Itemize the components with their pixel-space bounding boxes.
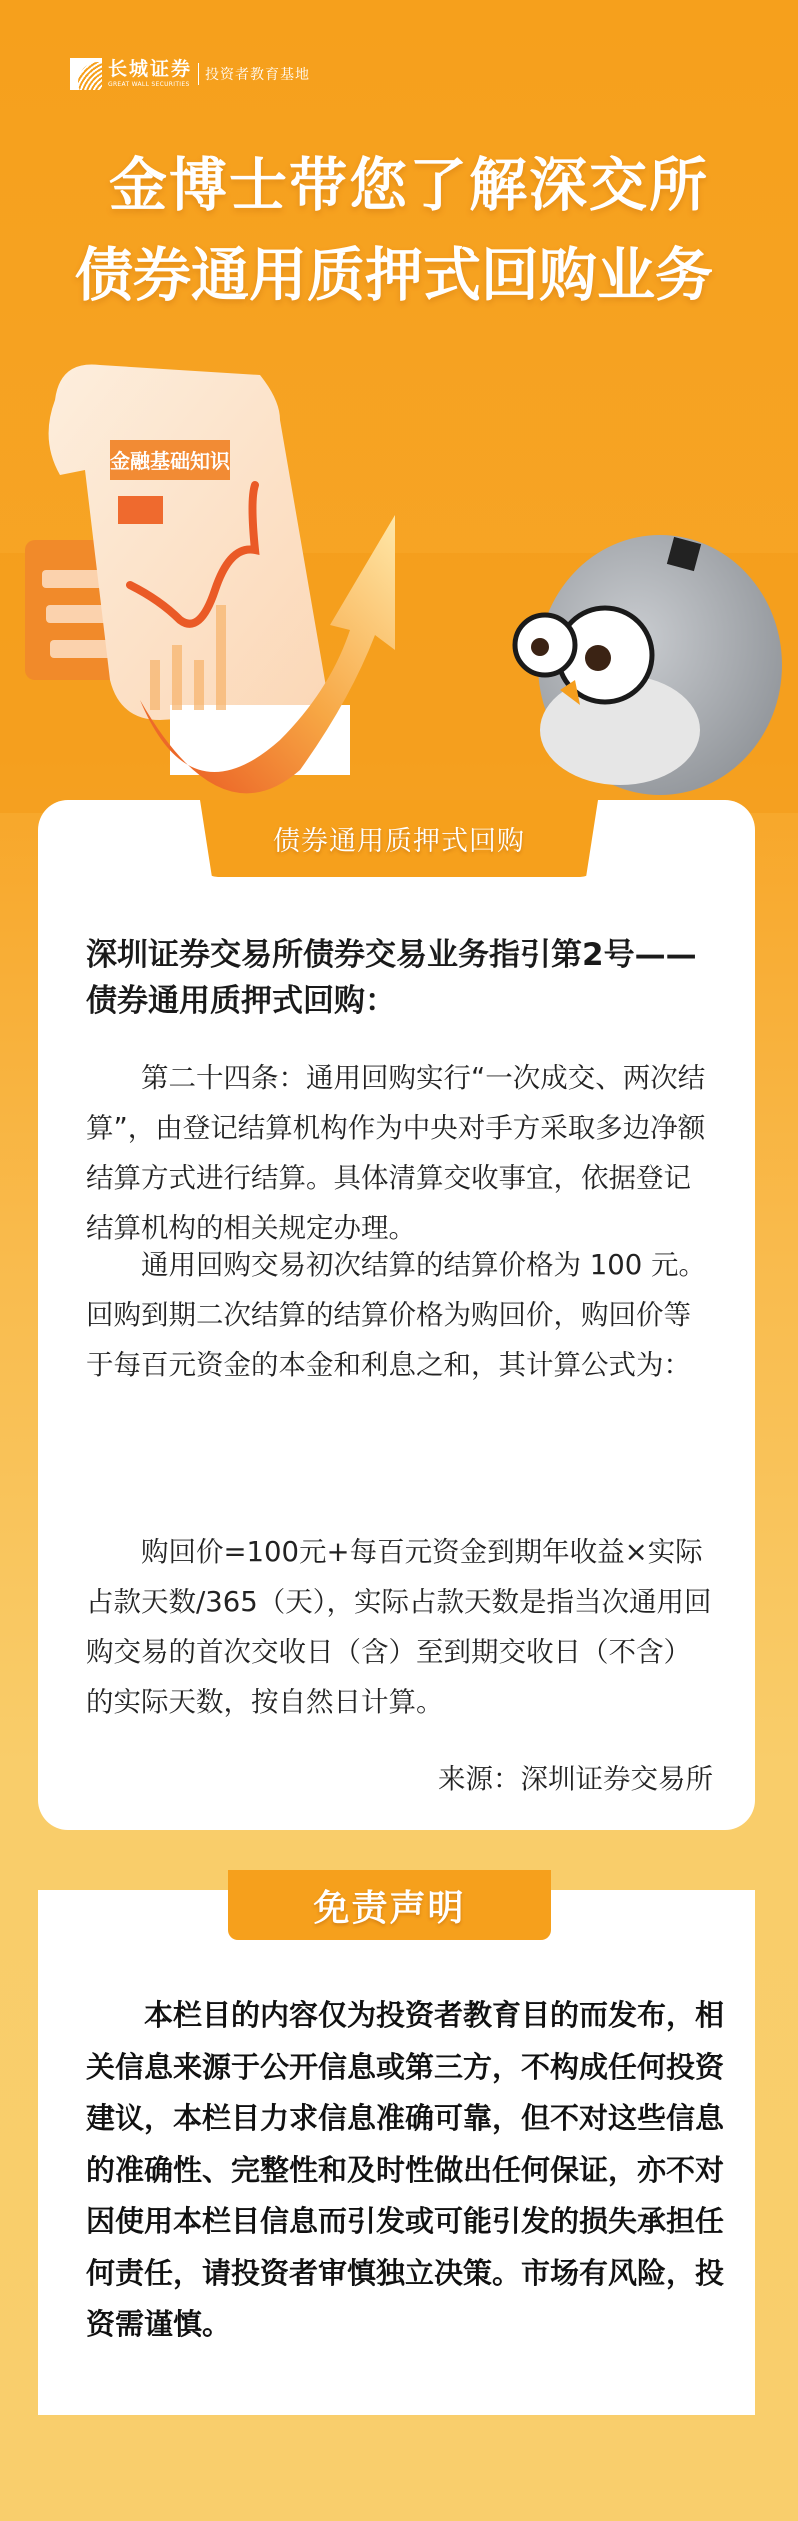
paragraph-settlement-price: 通用回购交易初次结算的结算价格为 100 元。回购到期二次结算的结算价格为购回价… xyxy=(86,1240,716,1390)
scroll-chart-owl-illustration: 金融基础知识 xyxy=(0,360,798,810)
section-tab-repo: 债券通用质押式回购 xyxy=(200,800,598,877)
logo-subtitle: 投资者教育基地 xyxy=(205,64,310,84)
card-heading: 深圳证券交易所债券交易业务指引第2号——债券通用质押式回购： xyxy=(86,932,726,1024)
logo-divider xyxy=(198,63,199,85)
paragraph-formula: 购回价=100元+每百元资金到期年收益×实际占款天数/365（天），实际占款天数… xyxy=(86,1527,716,1727)
page-title-line1: 金博士带您了解深交所 xyxy=(0,138,798,222)
paragraph-article-24: 第二十四条：通用回购实行“一次成交、两次结算”，由登记结算机构作为中央对手方采取… xyxy=(86,1053,716,1253)
svg-text:金融基础知识: 金融基础知识 xyxy=(110,449,231,473)
great-wall-logo-icon xyxy=(70,58,102,90)
logo-brand-en: GREAT WALL SECURITIES xyxy=(108,82,192,88)
source-note: 来源：深圳证券交易所 xyxy=(86,1756,713,1796)
disclaimer-tab: 免责声明 xyxy=(228,1870,551,1940)
logo-brand-cn: 长城证券 xyxy=(108,60,192,79)
disclaimer-text: 本栏目的内容仅为投资者教育目的而发布，相关信息来源于公开信息或第三方，不构成任何… xyxy=(86,1990,726,2351)
page-title-line2: 债券通用质押式回购业务 xyxy=(0,228,798,312)
brand-logo: 长城证券 GREAT WALL SECURITIES 投资者教育基地 xyxy=(70,57,310,91)
